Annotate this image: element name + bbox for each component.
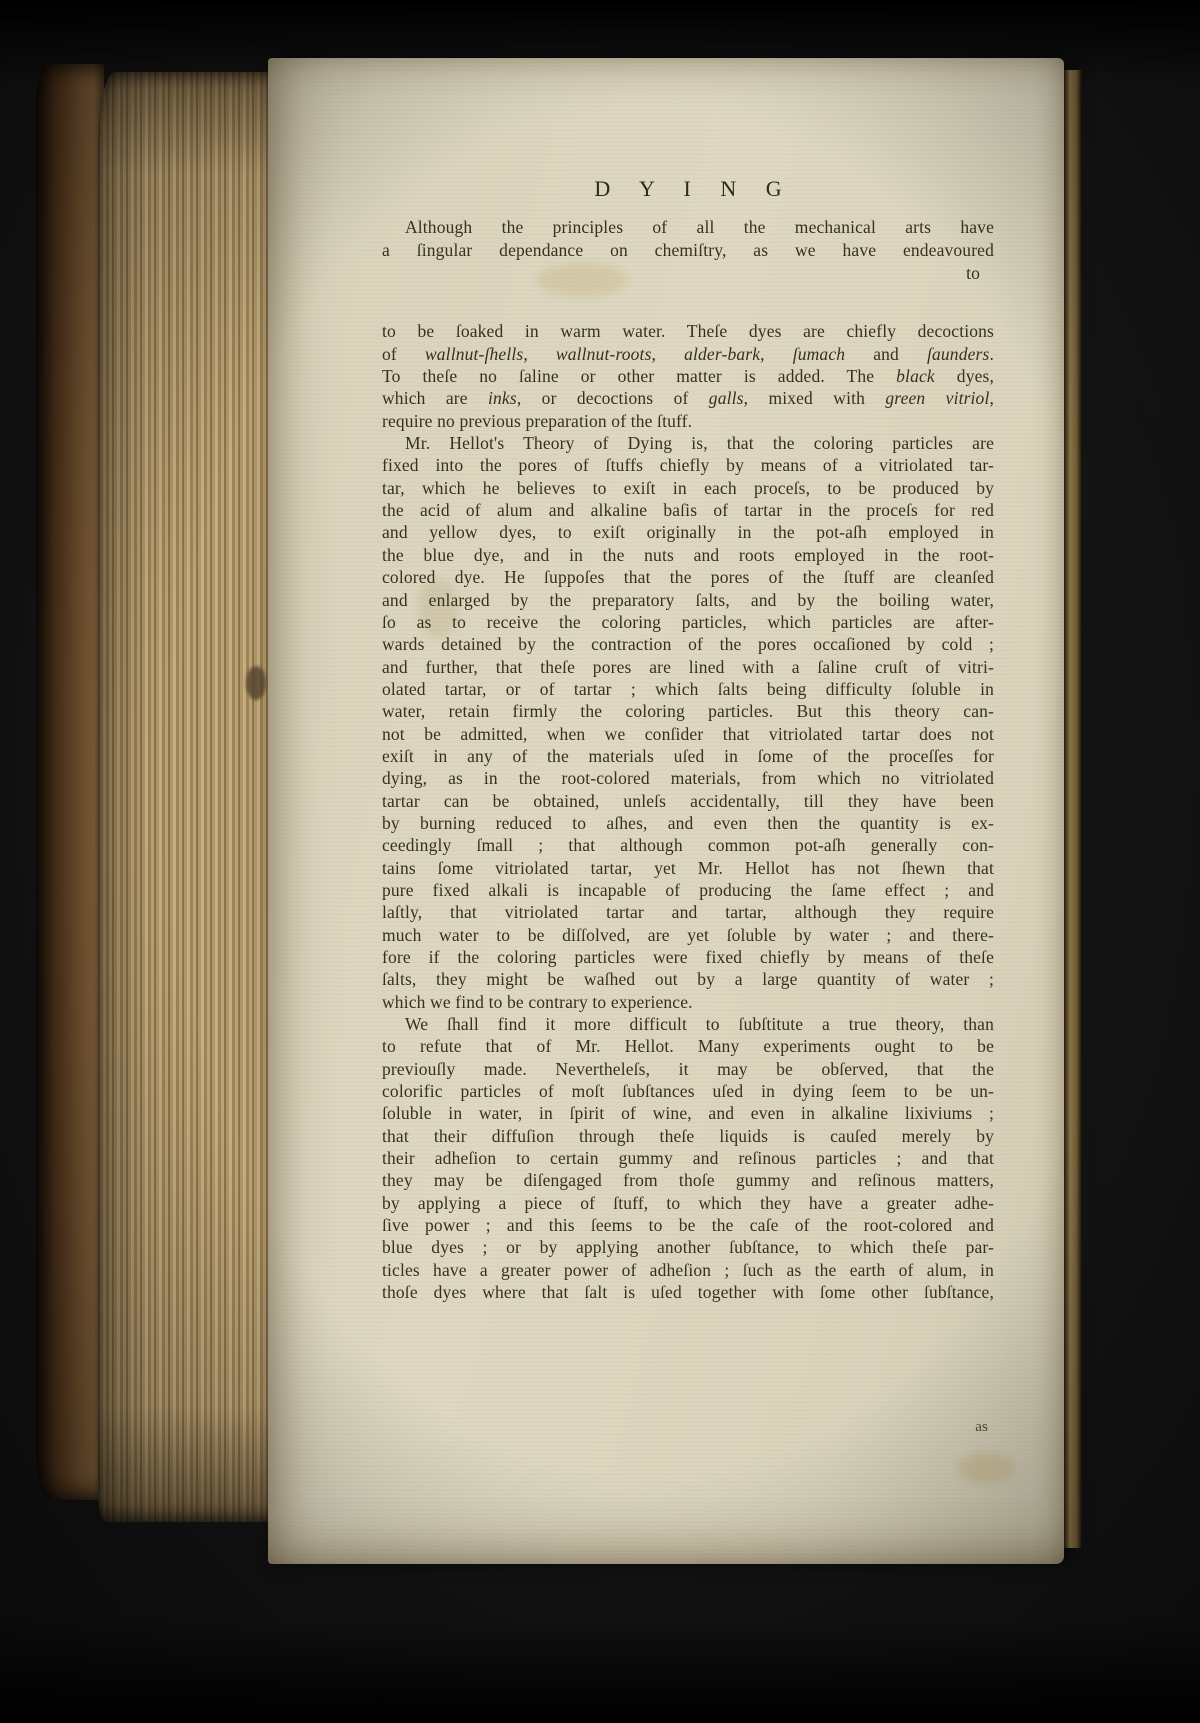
text-line: We ſhall find it more difficult to ſubſt…	[382, 1013, 994, 1035]
text-line: colorific particles of moſt ſubſtances u…	[382, 1080, 994, 1102]
book-spine	[36, 64, 104, 1500]
text-segment: water, retain firmly the coloring partic…	[382, 701, 994, 721]
text-segment: , or decoctions of	[517, 388, 709, 408]
text-line: water, retain firmly the coloring partic…	[382, 700, 994, 722]
text-line: to be ſoaked in warm water. Theſe dyes a…	[382, 320, 994, 342]
text-segment: the acid of alum and alkaline baſis of t…	[382, 500, 994, 520]
body-text: to be ſoaked in warm water. Theſe dyes a…	[382, 320, 994, 1303]
text-segment: ,	[523, 344, 556, 364]
text-segment: and	[845, 344, 927, 364]
text-segment: their adheſion to certain gummy and reſi…	[382, 1148, 994, 1168]
text-segment: olated tartar, or of tartar ; which ſalt…	[382, 679, 994, 699]
text-segment: Although the principles of all the mecha…	[405, 217, 994, 237]
text-line: To theſe no ſaline or other matter is ad…	[382, 365, 994, 387]
text-line: which we find to be contrary to experien…	[382, 991, 994, 1013]
right-page-edge	[1064, 70, 1082, 1548]
text-segment: previouſly made. Nevertheleſs, it may be…	[382, 1059, 994, 1079]
text-line: not be admitted, when we conſider that v…	[382, 723, 994, 745]
text-segment: of	[382, 344, 425, 364]
text-segment: fore if the coloring particles were fixe…	[382, 947, 994, 967]
text-segment: and further, that theſe pores are lined …	[382, 657, 994, 677]
text-segment: colored dye. He ſuppoſes that the pores …	[382, 567, 994, 587]
text-segment: , mixed with	[744, 388, 886, 408]
italic-term: inks	[488, 388, 517, 408]
text-segment: We ſhall find it more difficult to ſubſt…	[405, 1014, 994, 1034]
text-line: and further, that theſe pores are lined …	[382, 656, 994, 678]
text-segment: ſalts, they might be waſhed out by a lar…	[382, 969, 994, 989]
text-line: ceedingly ſmall ; that although common p…	[382, 834, 994, 856]
text-line: laſtly, that vitriolated tartar and tart…	[382, 901, 994, 923]
text-segment: tartar can be obtained, unleſs accidenta…	[382, 791, 994, 811]
text-segment: which we find to be contrary to experien…	[382, 992, 693, 1012]
text-segment: wards detained by the contraction of the…	[382, 634, 994, 654]
text-line: tartar can be obtained, unleſs accidenta…	[382, 790, 994, 812]
text-line: thoſe dyes where that ſalt is uſed toget…	[382, 1281, 994, 1303]
page-heading: D Y I N G	[382, 178, 994, 200]
book-photograph: D Y I N G Although the principles of all…	[0, 0, 1200, 1723]
text-line: much water to be diſſolved, are yet ſolu…	[382, 924, 994, 946]
text-segment: require no previous preparation of the ſ…	[382, 411, 692, 431]
italic-term: wallnut-roots	[556, 344, 652, 364]
text-segment: dyes,	[935, 366, 994, 386]
text-segment: .	[989, 344, 994, 364]
text-segment: ticles have a greater power of adheſion …	[382, 1260, 994, 1280]
text-segment: thoſe dyes where that ſalt is uſed toget…	[382, 1282, 994, 1302]
text-line: exiſt in any of the materials uſed in ſo…	[382, 745, 994, 767]
text-segment: by applying a piece of ſtuff, to which t…	[382, 1193, 994, 1213]
book-page: D Y I N G Although the principles of all…	[268, 58, 1064, 1564]
text-segment: ſive power ; and this ſeems to be the ca…	[382, 1215, 994, 1235]
italic-term: ſaunders	[927, 344, 989, 364]
text-line: fixed into the pores of ſtuffs chiefly b…	[382, 454, 994, 476]
text-segment: not be admitted, when we conſider that v…	[382, 724, 994, 744]
text-line: of wallnut-ſhells, wallnut-roots, alder-…	[382, 343, 994, 365]
text-segment: ceedingly ſmall ; that although common p…	[382, 835, 994, 855]
text-line: olated tartar, or of tartar ; which ſalt…	[382, 678, 994, 700]
text-line: ſalts, they might be waſhed out by a lar…	[382, 968, 994, 990]
text-segment: pure fixed alkali is incapable of produc…	[382, 880, 994, 900]
text-line: ſoluble in water, in ſpirit of wine, and…	[382, 1102, 994, 1124]
text-line: Although the principles of all the mecha…	[382, 216, 994, 238]
text-line: by applying a piece of ſtuff, to which t…	[382, 1192, 994, 1214]
text-segment: to refute that of Mr. Hellot. Many exper…	[382, 1036, 994, 1056]
text-line: ſo as to receive the coloring particles,…	[382, 611, 994, 633]
paragraph: to be ſoaked in warm water. Theſe dyes a…	[382, 320, 994, 432]
text-segment: and enlarged by the preparatory ſalts, a…	[382, 590, 994, 610]
text-line: the blue dye, and in the nuts and roots …	[382, 544, 994, 566]
italic-term: wallnut-ſhells	[425, 344, 523, 364]
text-segment: ,	[989, 388, 994, 408]
catchword-top: to	[382, 262, 994, 284]
text-segment: Mr. Hellot's Theory of Dying is, that th…	[405, 433, 994, 453]
book-fore-edge-pages	[98, 72, 292, 1522]
text-segment: that their diffuſion through theſe liqui…	[382, 1126, 994, 1146]
text-segment: ,	[760, 344, 793, 364]
text-line: and enlarged by the preparatory ſalts, a…	[382, 589, 994, 611]
italic-term: galls	[709, 388, 744, 408]
text-segment: fixed into the pores of ſtuffs chiefly b…	[382, 455, 994, 475]
text-line: their adheſion to certain gummy and reſi…	[382, 1147, 994, 1169]
text-line: blue dyes ; or by applying another ſubſt…	[382, 1236, 994, 1258]
text-line: ticles have a greater power of adheſion …	[382, 1259, 994, 1281]
text-line: wards detained by the contraction of the…	[382, 633, 994, 655]
paragraph: Mr. Hellot's Theory of Dying is, that th…	[382, 432, 994, 1013]
text-line: fore if the coloring particles were fixe…	[382, 946, 994, 968]
text-line: and yellow dyes, to exiſt originally in …	[382, 521, 994, 543]
text-line: Mr. Hellot's Theory of Dying is, that th…	[382, 432, 994, 454]
text-segment: colorific particles of moſt ſubſtances u…	[382, 1081, 994, 1101]
paragraph: We ſhall find it more difficult to ſubſt…	[382, 1013, 994, 1303]
text-segment: blue dyes ; or by applying another ſubſt…	[382, 1237, 994, 1257]
text-segment: a ſingular dependance on chemiſtry, as w…	[382, 240, 994, 260]
paper-stain	[958, 1453, 1014, 1483]
text-line: pure fixed alkali is incapable of produc…	[382, 879, 994, 901]
text-line: colored dye. He ſuppoſes that the pores …	[382, 566, 994, 588]
italic-term: black	[896, 366, 935, 386]
intro-paragraph: Although the principles of all the mecha…	[382, 216, 994, 261]
text-segment: the blue dye, and in the nuts and roots …	[382, 545, 994, 565]
text-line: tains ſome vitriolated tartar, yet Mr. H…	[382, 857, 994, 879]
text-segment: tains ſome vitriolated tartar, yet Mr. H…	[382, 858, 994, 878]
italic-term: alder-bark	[684, 344, 760, 364]
text-line: a ſingular dependance on chemiſtry, as w…	[382, 239, 994, 261]
italic-term: ſumach	[793, 344, 845, 364]
text-line: require no previous preparation of the ſ…	[382, 410, 994, 432]
fore-edge-smudge	[246, 666, 266, 700]
text-line: previouſly made. Nevertheleſs, it may be…	[382, 1058, 994, 1080]
catchword-bottom: as	[382, 1416, 994, 1438]
text-line: which are inks, or decoctions of galls, …	[382, 387, 994, 409]
text-segment: To theſe no ſaline or other matter is ad…	[382, 366, 896, 386]
text-line: that their diffuſion through theſe liqui…	[382, 1125, 994, 1147]
text-segment: by burning reduced to aſhes, and even th…	[382, 813, 994, 833]
text-line: tar, which he believes to exiſt in each …	[382, 477, 994, 499]
text-segment: they may be diſengaged from thoſe gummy …	[382, 1170, 994, 1190]
text-segment: to be ſoaked in warm water. Theſe dyes a…	[382, 321, 994, 341]
text-line: to refute that of Mr. Hellot. Many exper…	[382, 1035, 994, 1057]
text-segment: ſo as to receive the coloring particles,…	[382, 612, 994, 632]
text-line: by burning reduced to aſhes, and even th…	[382, 812, 994, 834]
italic-term: green vitriol	[885, 388, 989, 408]
text-segment: and yellow dyes, to exiſt originally in …	[382, 522, 994, 542]
text-line: dying, as in the root-colored materials,…	[382, 767, 994, 789]
text-line: ſive power ; and this ſeems to be the ca…	[382, 1214, 994, 1236]
text-line: the acid of alum and alkaline baſis of t…	[382, 499, 994, 521]
text-line: they may be diſengaged from thoſe gummy …	[382, 1169, 994, 1191]
page-text: D Y I N G Although the principles of all…	[382, 178, 994, 1438]
text-segment: tar, which he believes to exiſt in each …	[382, 478, 994, 498]
text-segment: which are	[382, 388, 488, 408]
text-segment: dying, as in the root-colored materials,…	[382, 768, 994, 788]
text-segment: ,	[652, 344, 685, 364]
text-segment: ſoluble in water, in ſpirit of wine, and…	[382, 1103, 994, 1123]
text-segment: much water to be diſſolved, are yet ſolu…	[382, 925, 994, 945]
text-segment: laſtly, that vitriolated tartar and tart…	[382, 902, 994, 922]
text-segment: exiſt in any of the materials uſed in ſo…	[382, 746, 994, 766]
